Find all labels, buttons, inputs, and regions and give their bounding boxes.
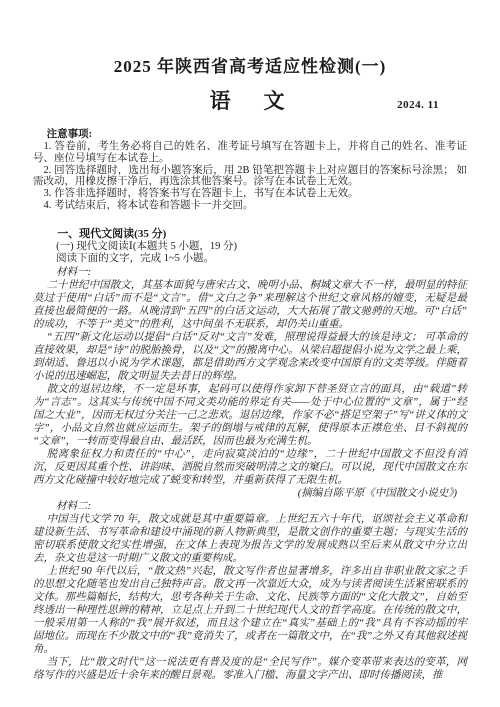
subject-title: 语 文 — [210, 89, 291, 113]
material-2-paragraph: 上世纪 90 年代以后，“散文热”兴起，散文写作者也显著增多，许多出自非职业散文… — [33, 565, 467, 656]
material-2-paragraph: 当下，比“散文时代”这一说法更有普及度的是“全民写作”。媒介变革带来表达的变革，… — [33, 656, 467, 682]
section-heading: 一、现代文阅读(35 分) — [33, 228, 467, 241]
subject-row: 语 文 2024. 11 — [33, 88, 467, 114]
notice-item-4: 4. 考试结束后，将本试卷和答题卡一并交回。 — [33, 200, 467, 212]
section-subheading: (一) 现代文阅读Ⅰ(本题共 5 小题，19 分) — [33, 241, 467, 254]
material-2: 材料二: 中国当代文学 70 年，散文成就是其中重要篇章。上世纪五六十年代，讴颂… — [33, 500, 467, 682]
material-1-attribution: (摘编自陈平原《中国散文小说史》) — [33, 487, 467, 500]
notice-item-3: 3. 作答非选择题时，将答案书写在答题卡上，书写在本试卷上无效。 — [33, 188, 467, 200]
material-1-paragraph: “五四”新文化运动以提倡“白话”反对“文言”发难，照理说得益最大的该是诗文； 可… — [33, 331, 467, 383]
material-1-paragraph: 二十世纪中国散文，其基本面貌与唐宋古文、晚明小品、桐城文章大不一样，最明显的特征… — [33, 279, 467, 331]
material-1: 材料一: 二十世纪中国散文，其基本面貌与唐宋古文、晚明小品、桐城文章大不一样，最… — [33, 266, 467, 500]
notice-item-2: 2. 回答选择题时，选出每小题答案后，用 2B 铅笔把答题卡上对应题目的答案标号… — [33, 165, 467, 189]
section-instruction: 阅读下面的文字，完成 1~5 小题。 — [33, 253, 467, 266]
material-2-paragraph: 中国当代文学 70 年，散文成就是其中重要篇章。上世纪五六十年代，讴颂社会主义革… — [33, 513, 467, 565]
material-2-label: 材料二: — [33, 500, 467, 513]
material-1-label: 材料一: — [33, 266, 467, 279]
exam-title: 2025 年陕西省高考适应性检测(一) — [33, 57, 467, 77]
exam-date: 2024. 11 — [397, 99, 439, 111]
notice-item-1: 1. 答卷前，考生务必将自己的姓名、准考证号填写在答题卡上，并将自己的姓名、准考… — [33, 141, 467, 165]
notice-heading: 注意事项: — [33, 129, 467, 141]
notice-section: 注意事项: 1. 答卷前，考生务必将自己的姓名、准考证号填写在答题卡上，并将自己… — [33, 129, 467, 212]
material-1-paragraph: 脱离象征权力和责任的“中心”，走向寂寞淡泊的“边缘”，二十世纪中国散文不但没有消… — [33, 448, 467, 487]
material-1-paragraph: 散文的退居边缘，不一定是坏事，起码可以使得作家卸下替圣贤立言的面具，由“载道”转… — [33, 383, 467, 448]
exam-paper-page: 2025 年陕西省高考适应性检测(一) 语 文 2024. 11 注意事项: 1… — [0, 0, 500, 707]
